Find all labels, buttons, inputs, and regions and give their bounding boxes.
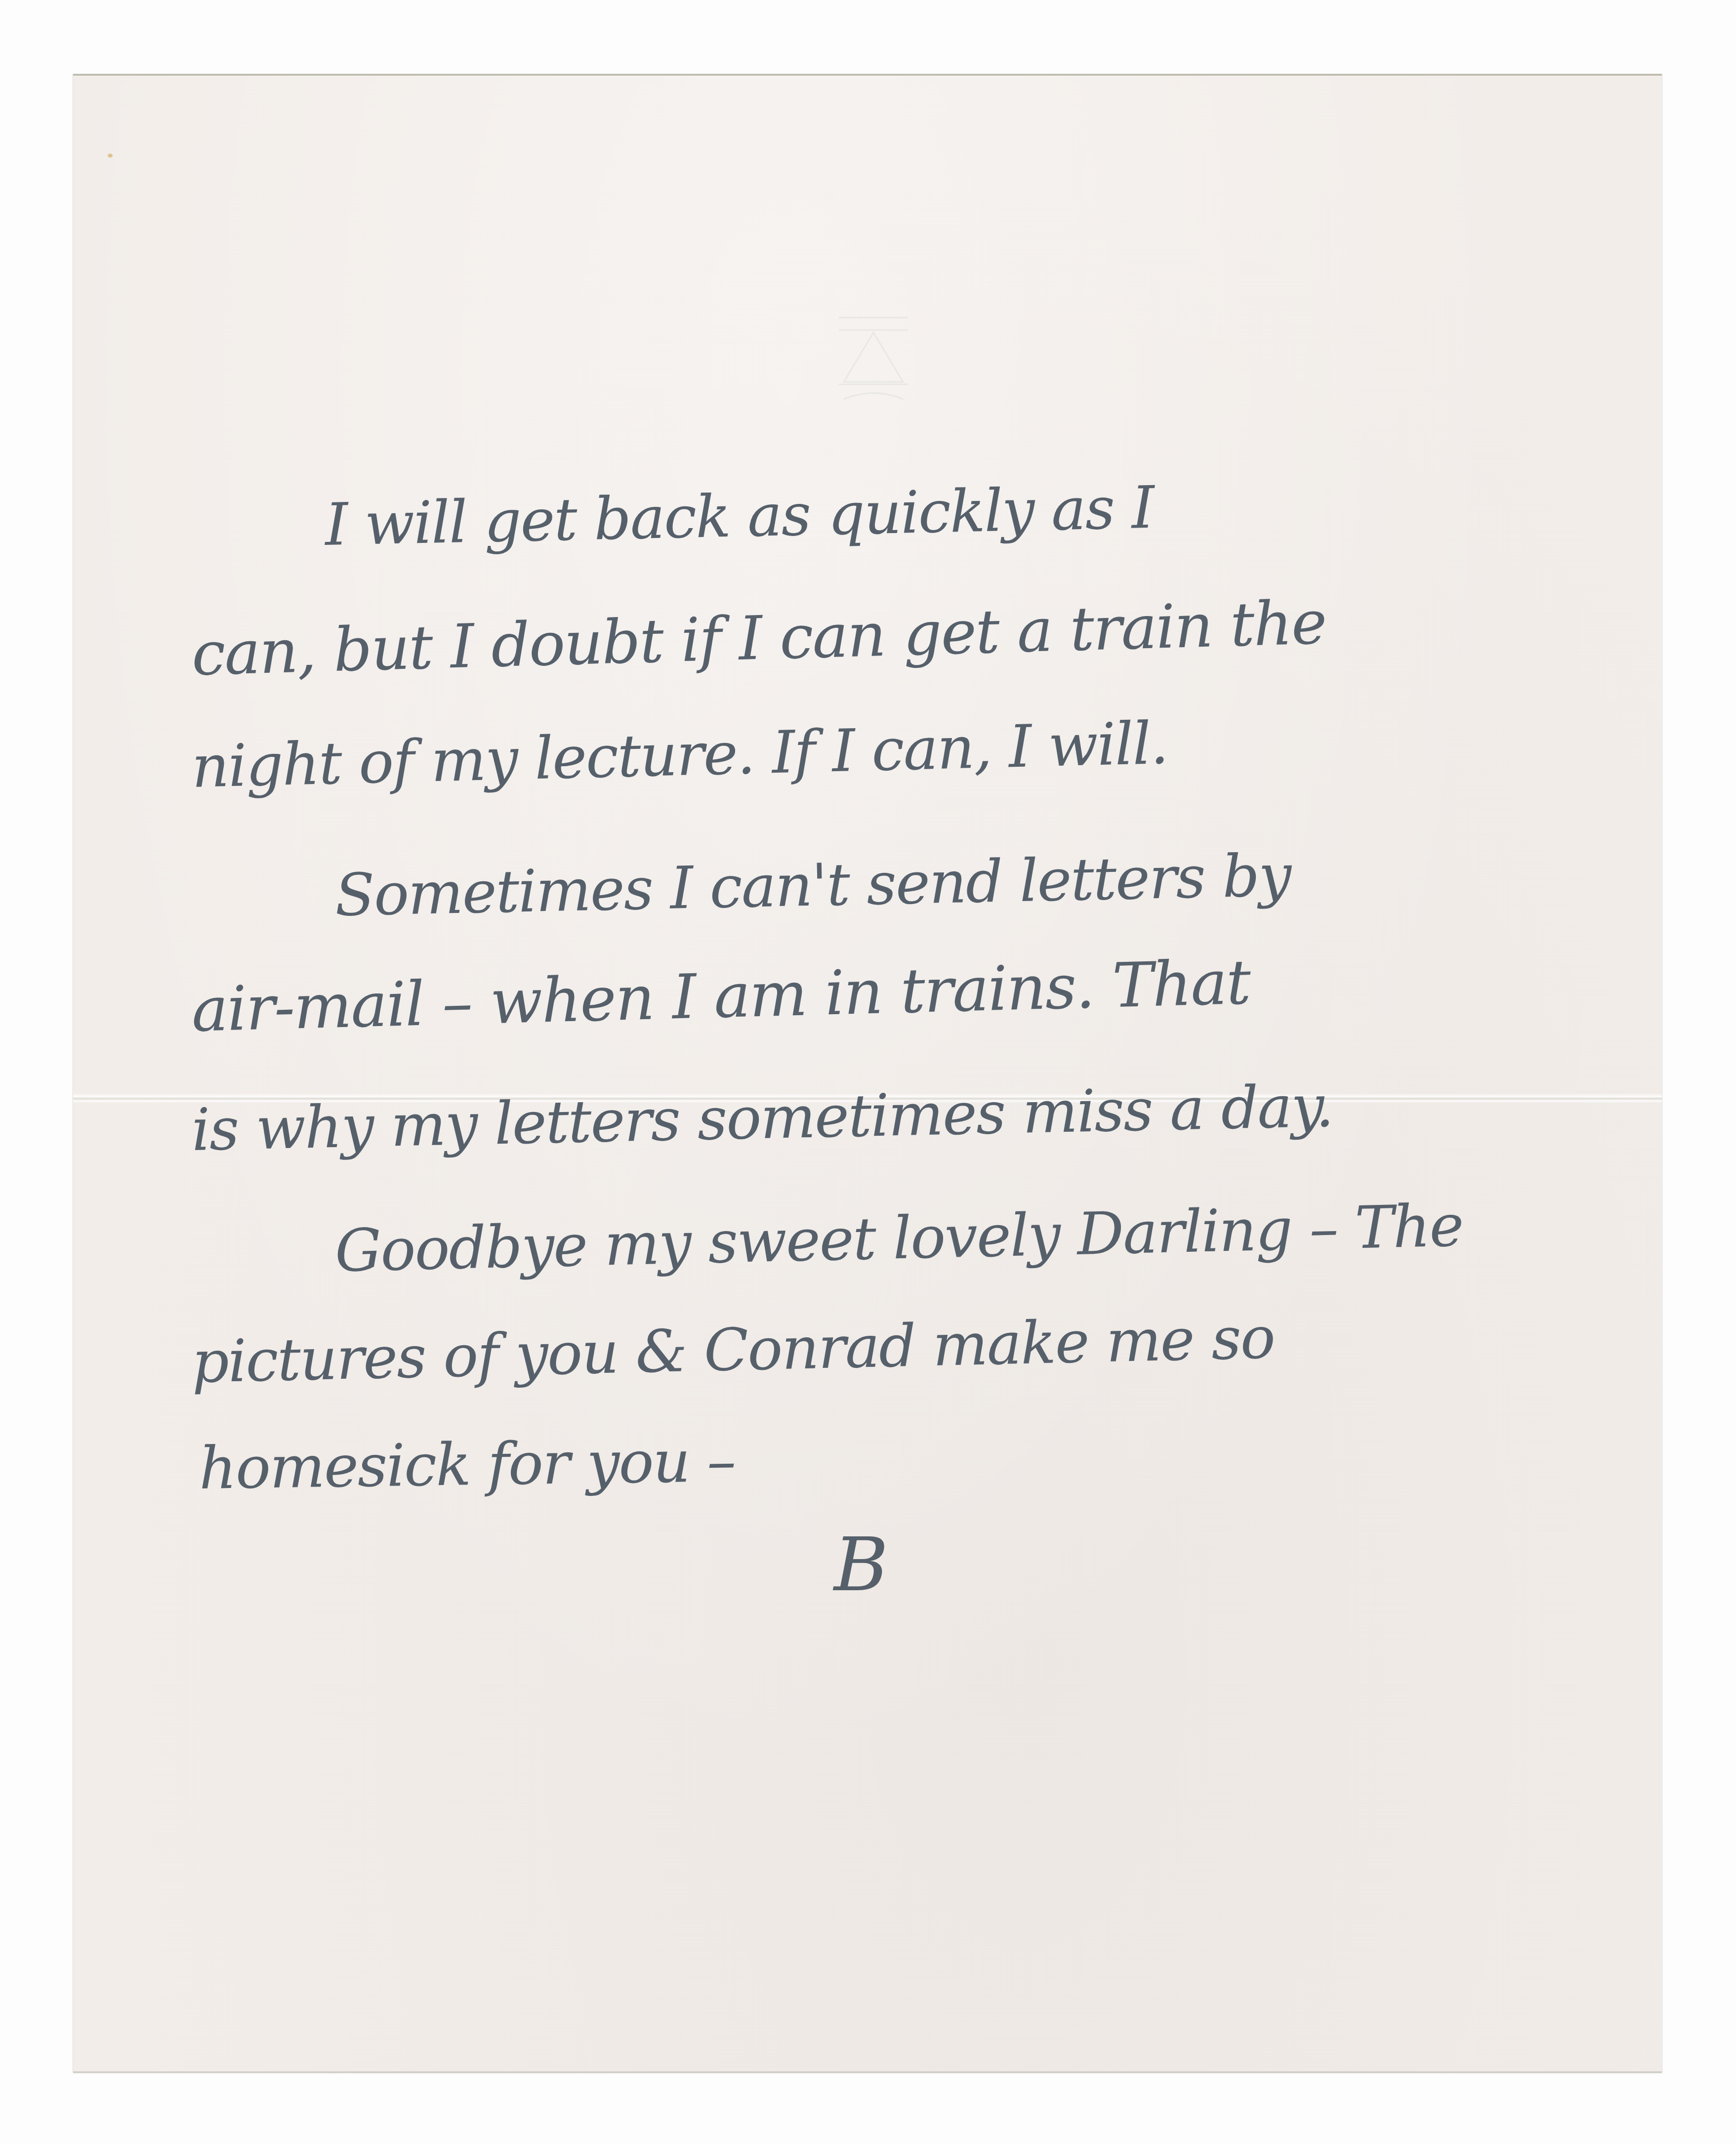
letter-sheet: I will get back as quickly as I can, but…: [73, 74, 1662, 2073]
letter-line: Sometimes I can't send letters by: [334, 846, 1291, 924]
letter-line: night of my lecture. If I can, I will.: [191, 714, 1168, 796]
letter-line: I will get back as quickly as I: [325, 478, 1154, 554]
signature: B: [834, 1528, 888, 1602]
letter-line: air-mail – when I am in trains. That: [191, 952, 1250, 1041]
embossed-crest-watermark: [785, 268, 962, 416]
letter-line: can, but I doubt if I can get a train th…: [191, 592, 1326, 684]
letter-line: Goodbye my sweet lovely Darling – The: [334, 1196, 1464, 1280]
paper-stain: [108, 154, 113, 158]
letter-line: is why my letters sometimes miss a day.: [191, 1077, 1333, 1159]
letter-line: homesick for you –: [199, 1432, 736, 1497]
letter-line: pictures of you & Conrad make me so: [191, 1308, 1275, 1391]
